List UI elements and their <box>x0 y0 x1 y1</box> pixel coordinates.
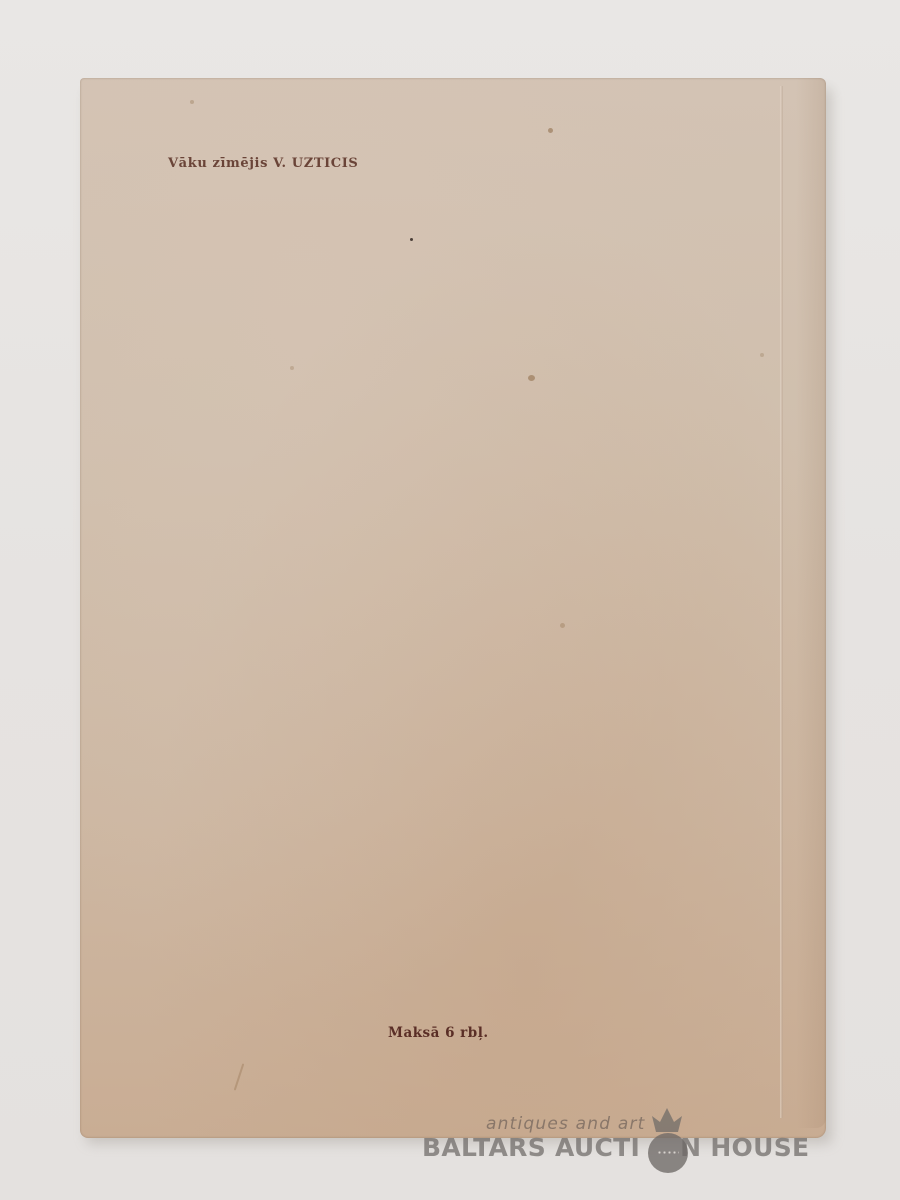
paper-speck <box>760 353 764 357</box>
paper-speck <box>234 1063 245 1090</box>
price-label: Maksā 6 rbļ. <box>388 1025 489 1041</box>
spine-edge <box>796 78 826 1128</box>
paper-speck <box>548 128 553 133</box>
paper-speck <box>190 100 194 104</box>
paper-speck <box>410 238 413 241</box>
paper-speck <box>290 366 294 370</box>
paper-speck <box>528 375 535 381</box>
cover-artist-credit: Vāku zīmējis V. UZTICIS <box>168 156 358 171</box>
booklet-back-cover: Vāku zīmējis V. UZTICIS Maksā 6 rbļ. <box>80 78 826 1138</box>
spine-fold-line <box>780 86 783 1118</box>
paper-speck <box>560 623 565 628</box>
coin-dots <box>657 1151 679 1154</box>
